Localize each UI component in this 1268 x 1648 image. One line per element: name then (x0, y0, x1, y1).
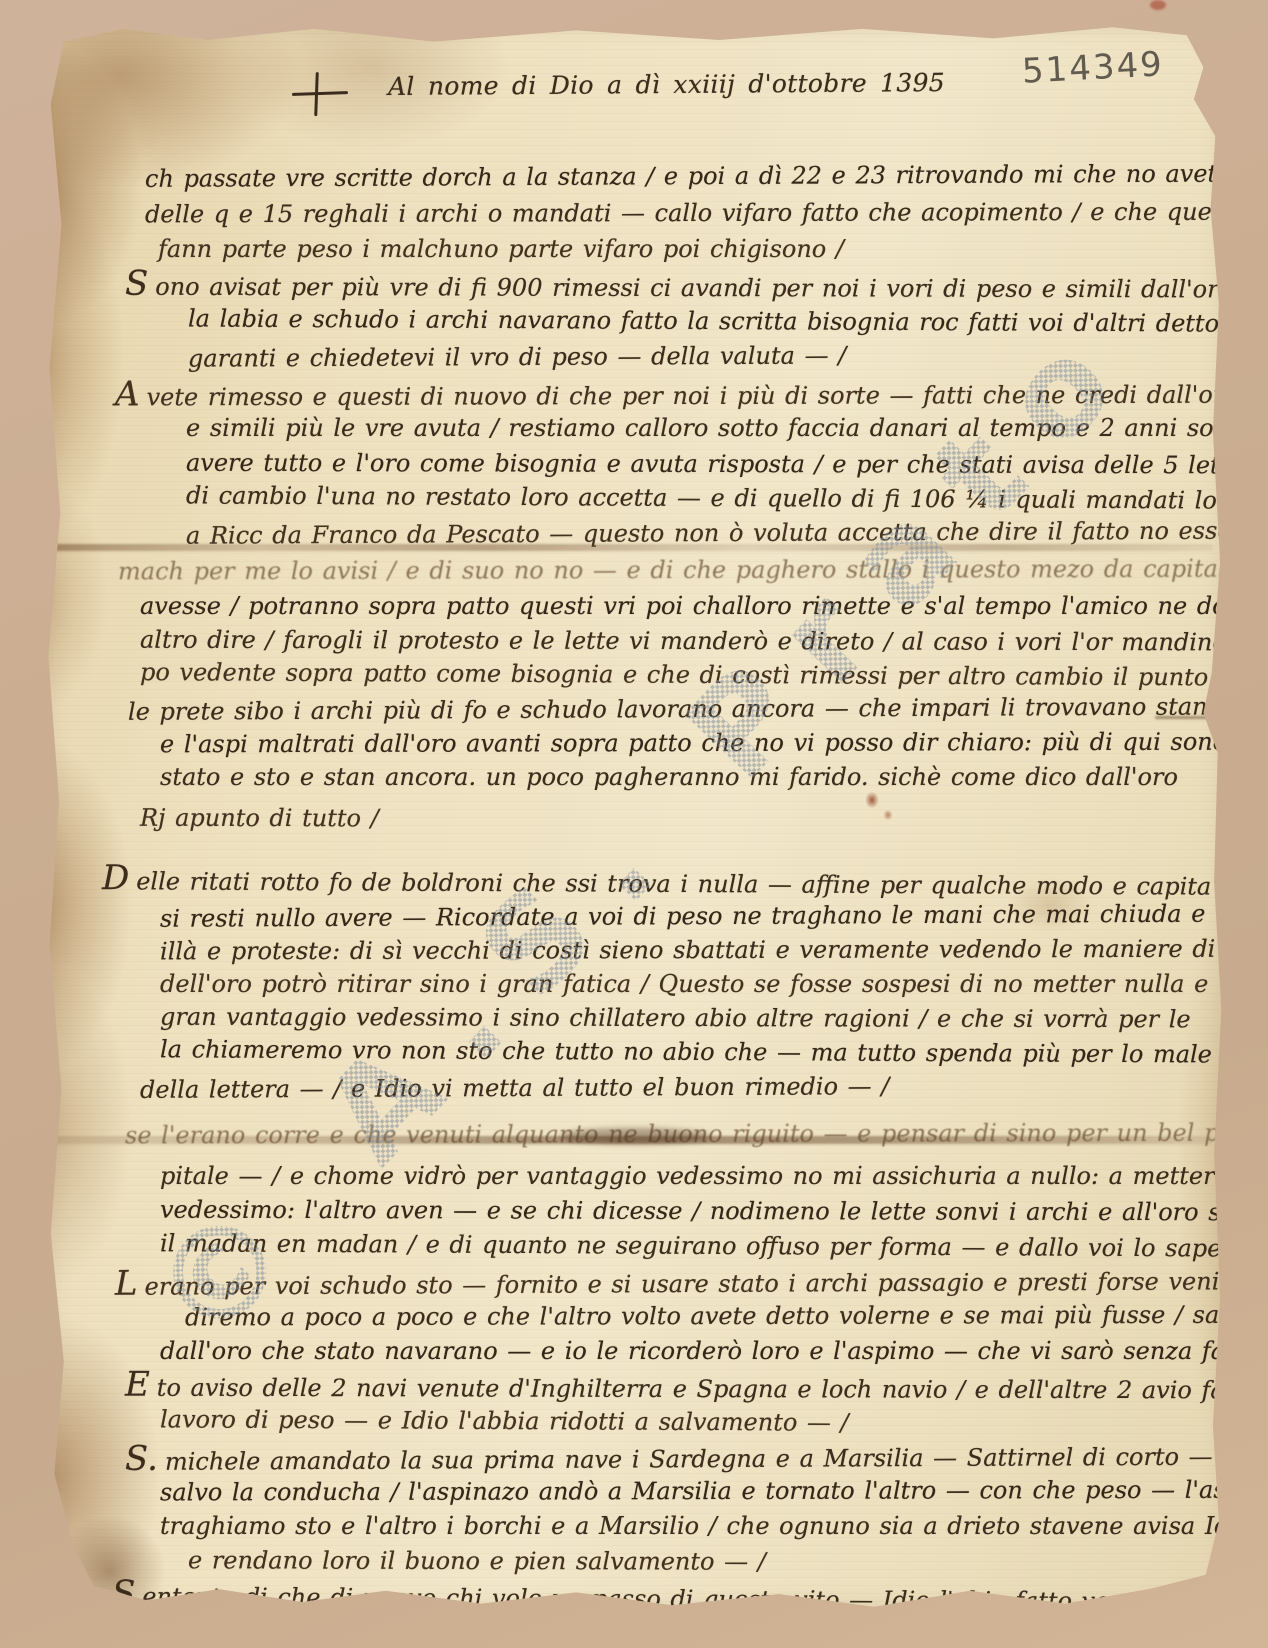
manuscript-line: Rj apunto di tutto / (140, 804, 379, 834)
manuscript-line: stato e sto e stan ancora. un poco paghe… (160, 763, 1178, 792)
paragraph-initial: E (125, 1365, 150, 1405)
paragraph-initial: L (115, 1264, 138, 1304)
paragraph-initial: A (115, 374, 140, 414)
scan-backing: Al nome di Dio a dì xxiiij d'ottobre 139… (0, 0, 1268, 1648)
manuscript-line: delle q e 15 reghali i archi o mandati —… (145, 198, 1248, 230)
manuscript-line: garanti e chiedetevi il vro di peso — de… (188, 341, 846, 373)
manuscript-line: ch passate vre scritte dorch a la stanza… (145, 159, 1268, 194)
manuscript-page: Al nome di Dio a dì xxiiij d'ottobre 139… (40, 16, 1232, 1618)
manuscript-line: lavoro di peso — e Idio l'abbia ridotti … (160, 1405, 849, 1437)
manuscript-line: la chiameremo vro non sto che tutto no a… (160, 1035, 1268, 1069)
paragraph-initial: S. (125, 1439, 158, 1479)
manuscript-line: diremo a poco a poco e che l'altro volto… (185, 1301, 1268, 1333)
manuscript-line: altro dire / farogli il protesto e le le… (140, 626, 1227, 658)
manuscript-line: e l'aspi maltrati dall'oro avanti sopra … (160, 728, 1227, 760)
manuscript-line: pitale — / e chome vidrò per vantaggio v… (160, 1162, 1268, 1191)
manuscript-line: gran vantaggio vedessimo i sino chillate… (160, 1003, 1191, 1035)
manuscript-line: mach per me lo avisi / e di suo no no — … (118, 555, 1268, 587)
paragraph-initial: D (102, 858, 129, 898)
manuscript-line: Lerano per voi schudo sto — fornito e si… (115, 1264, 1261, 1302)
manuscript-line: le prete sibo i archi più di fo e schudo… (128, 692, 1268, 727)
manuscript-line: Sentente di che di nuovo chi vole un pas… (112, 1579, 1184, 1616)
paragraph-initial: S (112, 1573, 135, 1613)
manuscript-line: si resti nullo avere — Ricordate a voi d… (160, 899, 1268, 933)
manuscript-line: dell'oro potrò ritirar sino i gran fatic… (160, 970, 1208, 999)
manuscript-line: se l'erano corre e che venuti alquanto n… (125, 1119, 1268, 1151)
paragraph-initial: S (125, 264, 148, 304)
manuscript-line: Delle ritati rotto fo de boldroni che ss… (102, 864, 1263, 902)
manuscript-line: vedessimo: l'altro aven — e se chi dices… (160, 1196, 1260, 1228)
manuscript-line: e rendano loro il buono e pien salvament… (188, 1546, 766, 1576)
manuscript-line: po vedente sopra patto come bisognia e c… (140, 658, 1268, 693)
manuscript-line: S.michele amandato la sua prima nave i S… (125, 1439, 1268, 1477)
manuscript-line: la labia e schudo i archi navarano fatto… (188, 304, 1219, 338)
letter-body: ch passate vre scritte dorch a la stanza… (40, 16, 1232, 1618)
manuscript-line: della lettera — / e Idio vi metta al tut… (140, 1072, 889, 1105)
red-speck (1150, 0, 1166, 10)
manuscript-line: fann parte peso i malchuno parte vifaro … (158, 235, 844, 264)
manuscript-line: illà e proteste: di sì vecchi di costì s… (160, 935, 1268, 967)
manuscript-line: traghiamo sto e l'altro i borchi e a Mar… (160, 1512, 1252, 1541)
manuscript-line: Avete rimesso e questi di nuovo di che p… (115, 378, 1239, 413)
manuscript-line: a Ricc da Franco da Pescato — questo non… (186, 516, 1268, 550)
manuscript-line: dall'oro che stato navarano — e io le ri… (160, 1337, 1268, 1366)
manuscript-line: avesse / potranno sopra patto questi vri… (140, 592, 1268, 621)
manuscript-line: di cambio l'una no restato loro accetta … (186, 481, 1243, 515)
manuscript-line: il madan en madan / e di quanto ne segui… (160, 1229, 1268, 1264)
manuscript-line: e simili più le vre avuta / restiamo cal… (186, 414, 1255, 443)
manuscript-line: avere tutto e l'oro come bisognia e avut… (186, 449, 1244, 481)
manuscript-line: Sono avisat per più vre di fi 900 rimess… (125, 270, 1233, 305)
manuscript-line: Eto aviso delle 2 navi venute d'Inghilte… (125, 1371, 1259, 1406)
manuscript-line: salvo la conducha / l'aspinazo andò a Ma… (160, 1476, 1268, 1508)
